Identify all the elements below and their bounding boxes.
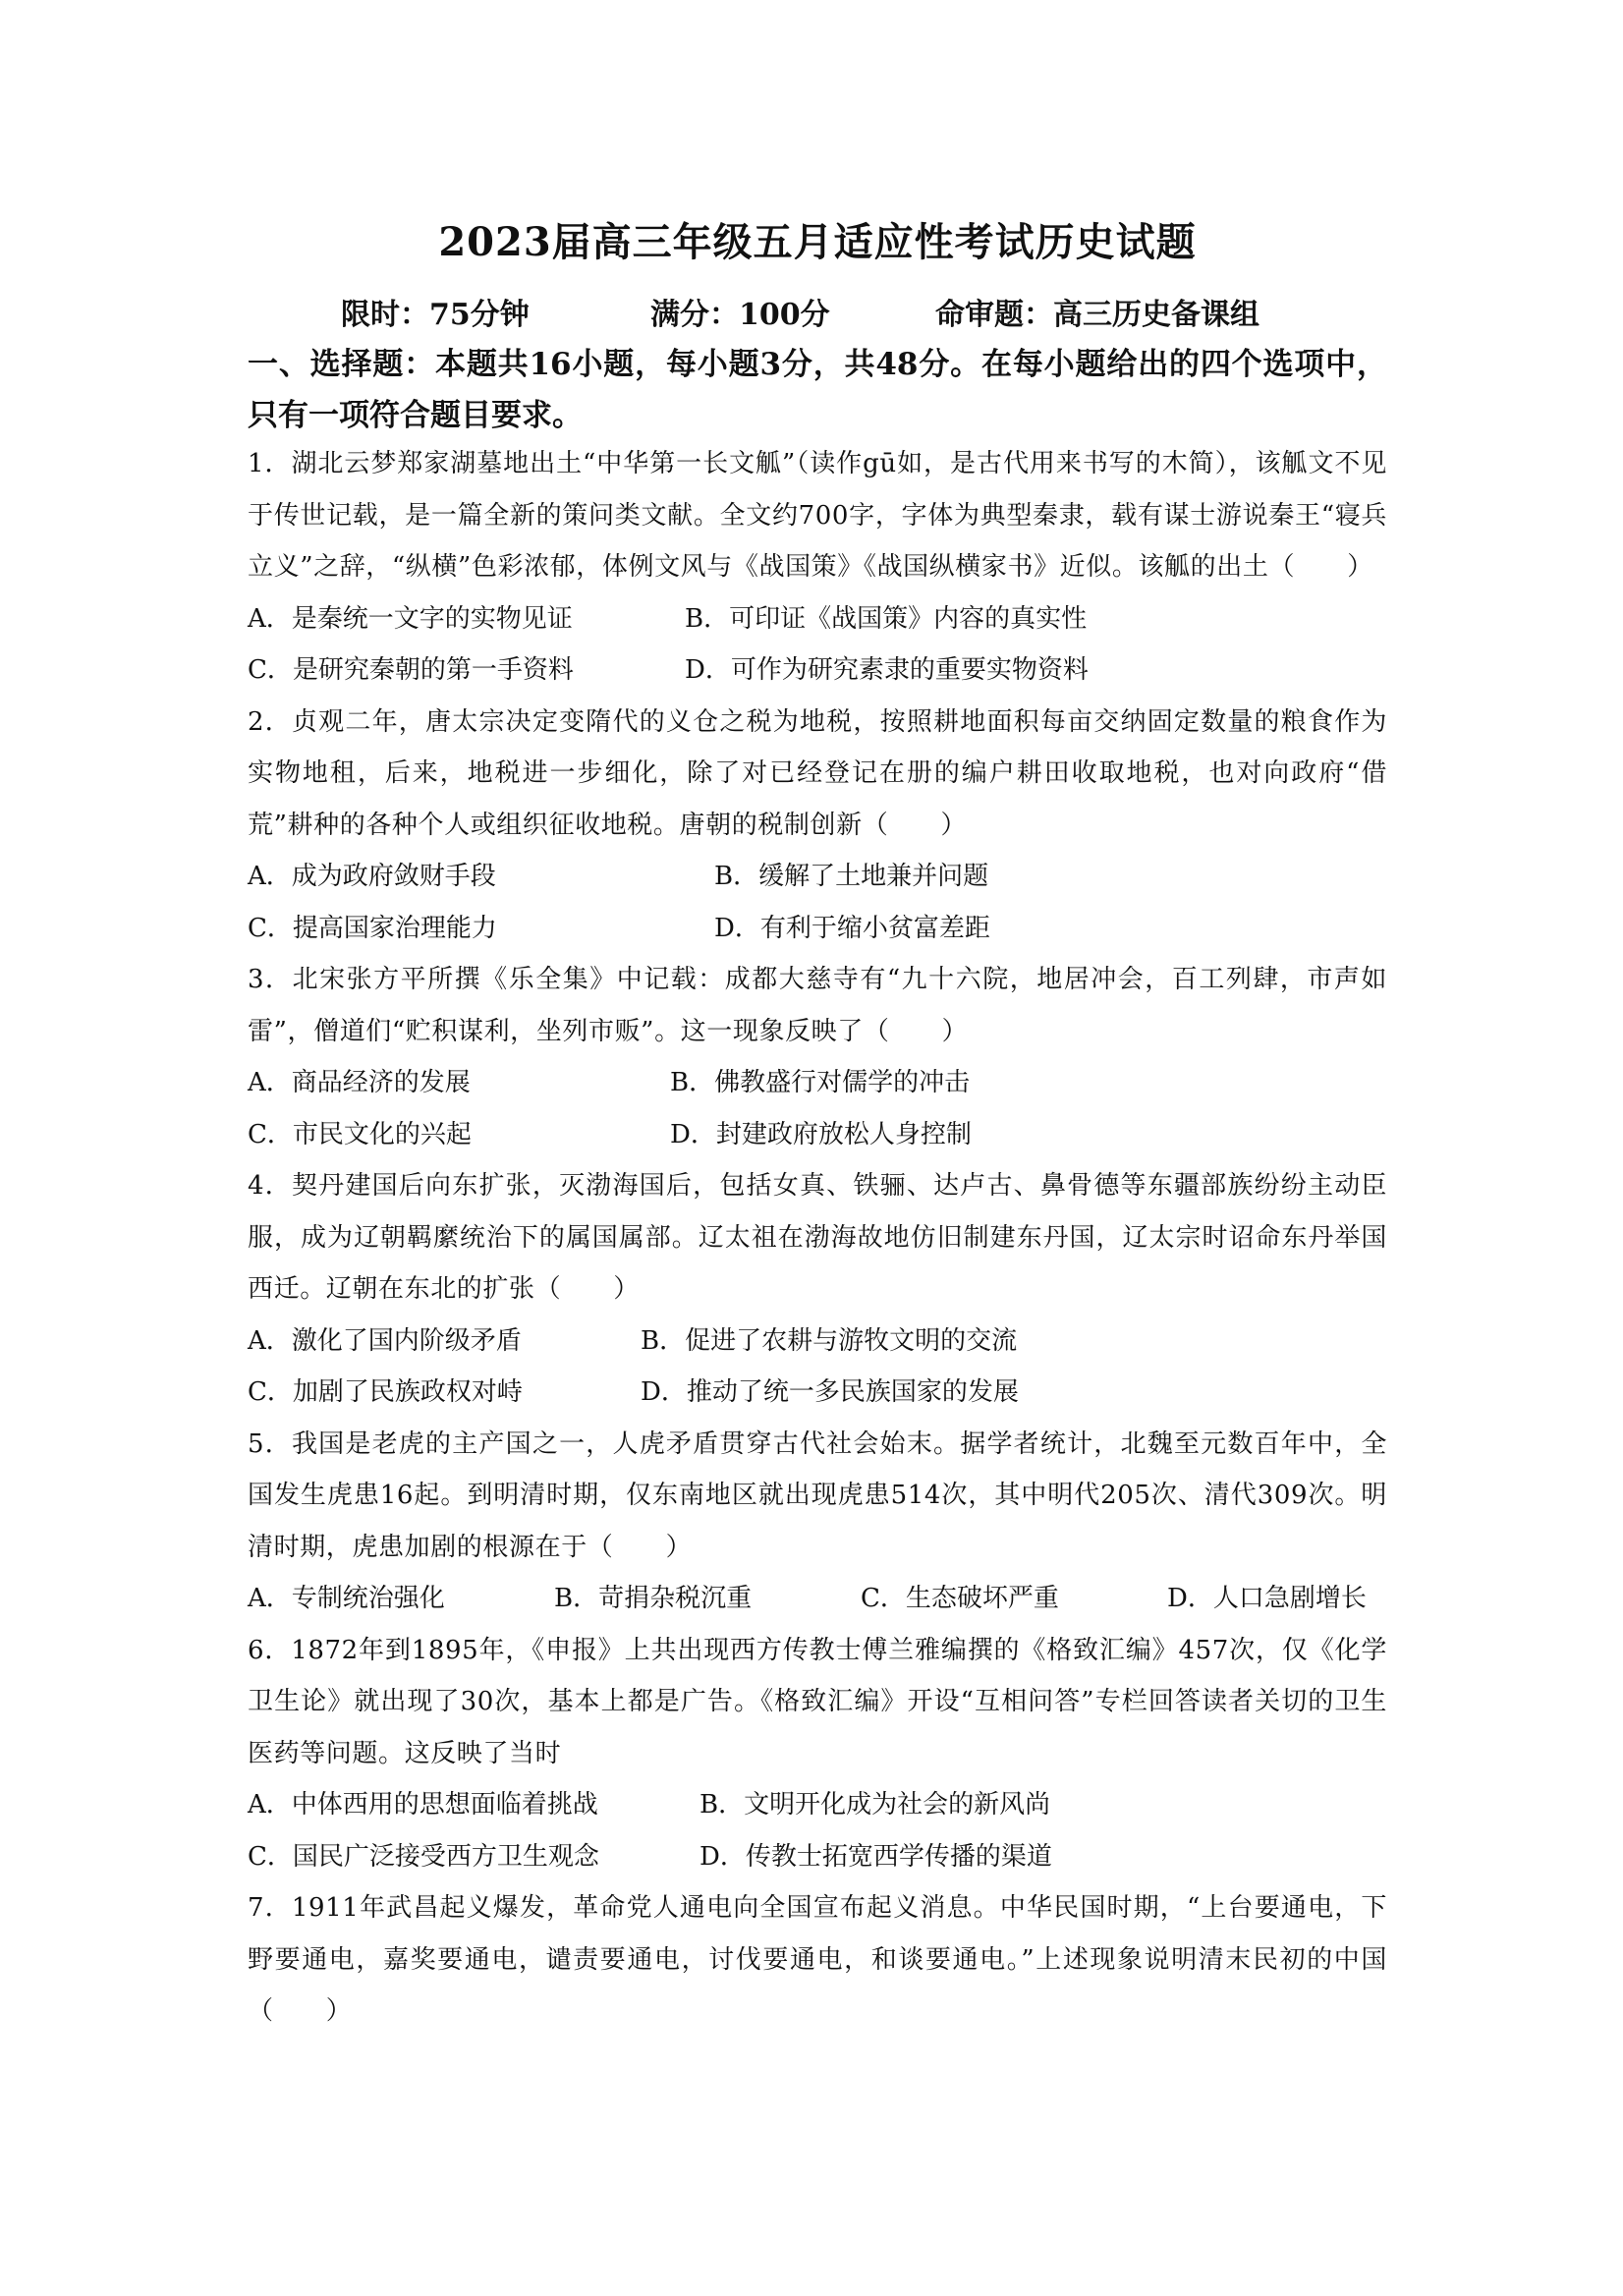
question-stem: 5．我国是老虎的主产国之一，人虎矛盾贯穿古代社会始末。据学者统计，北魏至元数百年… — [248, 1419, 1387, 1574]
option-d: D．可作为研究素隶的重要实物资料 — [685, 644, 1089, 697]
option-b: B．缓解了土地兼并问题 — [714, 851, 988, 903]
question-3: 3．北宋张方平所撰《乐全集》中记载：成都大慈寺有“九十六院，地居冲会，百工列肆，… — [248, 954, 1387, 1160]
option-d: D．封建政府放松人身控制 — [670, 1109, 972, 1161]
question-stem: 1．湖北云梦郑家湖墓地出土“中华第一长文觚”（读作gū如，是古代用来书写的木简）… — [248, 438, 1387, 593]
author: 命审题：高三历史备课组 — [935, 290, 1259, 333]
option-c: C．加剧了民族政权对峙 — [248, 1367, 641, 1419]
option-a: A．商品经济的发展 — [248, 1057, 670, 1109]
option-d: D．推动了统一多民族国家的发展 — [641, 1367, 1019, 1419]
question-options: A．商品经济的发展B．佛教盛行对儒学的冲击 C．市民文化的兴起D．封建政府放松人… — [248, 1057, 1387, 1160]
question-stem: 3．北宋张方平所撰《乐全集》中记载：成都大慈寺有“九十六院，地居冲会，百工列肆，… — [248, 954, 1387, 1057]
option-b: B．苛捐杂税沉重 — [554, 1573, 861, 1625]
question-stem: 7．1911年武昌起义爆发，革命党人通电向全国宣布起义消息。中华民国时期，“上台… — [248, 1882, 1387, 2038]
question-5: 5．我国是老虎的主产国之一，人虎矛盾贯穿古代社会始末。据学者统计，北魏至元数百年… — [248, 1419, 1387, 1625]
option-d: D．有利于缩小贫富差距 — [714, 903, 990, 955]
section-heading: 一、选择题：本题共16小题，每小题3分，共48分。在每小题给出的四个选项中，只有… — [248, 339, 1387, 441]
question-7: 7．1911年武昌起义爆发，革命党人通电向全国宣布起义消息。中华民国时期，“上台… — [248, 1882, 1387, 2038]
time-limit: 限时：75分钟 — [341, 290, 650, 333]
question-stem: 4．契丹建国后向东扩张，灭渤海国后，包括女真、铁骊、达卢古、鼻骨德等东疆部族纷纷… — [248, 1160, 1387, 1316]
question-options: A．成为政府敛财手段B．缓解了土地兼并问题 C．提高国家治理能力D．有利于缩小贫… — [248, 851, 1387, 954]
full-score: 满分：100分 — [650, 290, 935, 333]
option-a: A．激化了国内阶级矛盾 — [248, 1316, 641, 1368]
option-a: A．中体西用的思想面临着挑战 — [248, 1779, 700, 1831]
option-a: A．成为政府敛财手段 — [248, 851, 714, 903]
question-options: A．激化了国内阶级矛盾B．促进了农耕与游牧文明的交流 C．加剧了民族政权对峙D．… — [248, 1316, 1387, 1419]
option-c: C．国民广泛接受西方卫生观念 — [248, 1831, 700, 1883]
option-c: C．是研究秦朝的第一手资料 — [248, 644, 685, 697]
option-c: C．生态破坏严重 — [861, 1573, 1167, 1625]
question-options: A．中体西用的思想面临着挑战B．文明开化成为社会的新风尚 C．国民广泛接受西方卫… — [248, 1779, 1387, 1882]
option-a: A．专制统治强化 — [248, 1573, 554, 1625]
question-1: 1．湖北云梦郑家湖墓地出土“中华第一长文觚”（读作gū如，是古代用来书写的木简）… — [248, 438, 1387, 697]
question-4: 4．契丹建国后向东扩张，灭渤海国后，包括女真、铁骊、达卢古、鼻骨德等东疆部族纷纷… — [248, 1160, 1387, 1419]
option-b: B．可印证《战国策》内容的真实性 — [685, 593, 1087, 645]
question-stem: 2．贞观二年，唐太宗决定变隋代的义仓之税为地税，按照耕地面积每亩交纳固定数量的粮… — [248, 697, 1387, 852]
question-options: A．专制统治强化B．苛捐杂税沉重C．生态破坏严重D．人口急剧增长 — [248, 1573, 1387, 1625]
option-b: B．佛教盛行对儒学的冲击 — [670, 1057, 970, 1109]
exam-title: 2023届高三年级五月适应性考试历史试题 — [248, 211, 1387, 267]
question-list: 1．湖北云梦郑家湖墓地出土“中华第一长文觚”（读作gū如，是古代用来书写的木简）… — [248, 438, 1387, 2038]
exam-meta: 限时：75分钟满分：100分命审题：高三历史备课组 — [341, 290, 1259, 333]
option-c: C．市民文化的兴起 — [248, 1109, 670, 1161]
question-2: 2．贞观二年，唐太宗决定变隋代的义仓之税为地税，按照耕地面积每亩交纳固定数量的粮… — [248, 697, 1387, 955]
option-b: B．促进了农耕与游牧文明的交流 — [641, 1316, 1017, 1368]
option-d: D．人口急剧增长 — [1167, 1573, 1367, 1625]
option-b: B．文明开化成为社会的新风尚 — [700, 1779, 1050, 1831]
question-6: 6．1872年到1895年，《申报》上共出现西方传教士傅兰雅编撰的《格致汇编》4… — [248, 1625, 1387, 1883]
question-stem: 6．1872年到1895年，《申报》上共出现西方传教士傅兰雅编撰的《格致汇编》4… — [248, 1625, 1387, 1780]
option-a: A．是秦统一文字的实物见证 — [248, 593, 685, 645]
question-options: A．是秦统一文字的实物见证B．可印证《战国策》内容的真实性 C．是研究秦朝的第一… — [248, 593, 1387, 697]
option-d: D．传教士拓宽西学传播的渠道 — [700, 1831, 1052, 1883]
option-c: C．提高国家治理能力 — [248, 903, 714, 955]
